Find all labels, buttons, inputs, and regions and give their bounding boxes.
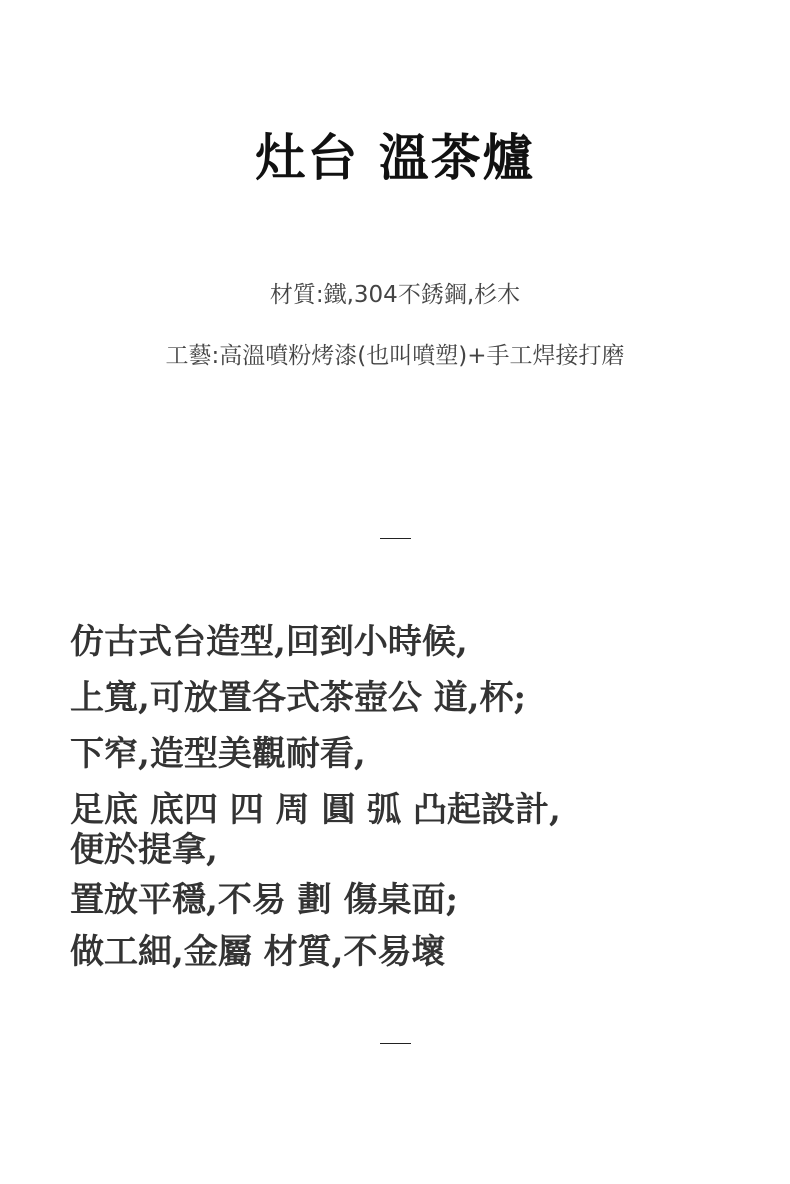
section-divider [380, 1043, 411, 1044]
product-title: 灶台 溫茶爐 [0, 118, 790, 190]
description-line: 置放平穩,不易 劃 傷桌面; [70, 883, 458, 917]
craft-spec: 工藝:高溫噴粉烤漆(也叫噴塑)+手工焊接打磨 [0, 337, 790, 370]
description-line: 仿古式台造型,回到小時候, [70, 625, 468, 659]
description-line: 足底 底四 四 周 圓 弧 凸起設計, [70, 793, 561, 827]
material-spec: 材質:鐵,304不銹鋼,杉木 [0, 276, 790, 309]
description-line: 下窄,造型美觀耐看, [70, 737, 366, 771]
description-line: 做工細,金屬 材質,不易壞 [70, 935, 446, 969]
description-line: 便於提拿, [70, 833, 218, 867]
description-line: 上寬,可放置各式茶壺公 道,杯; [70, 681, 526, 715]
section-divider [380, 538, 411, 539]
